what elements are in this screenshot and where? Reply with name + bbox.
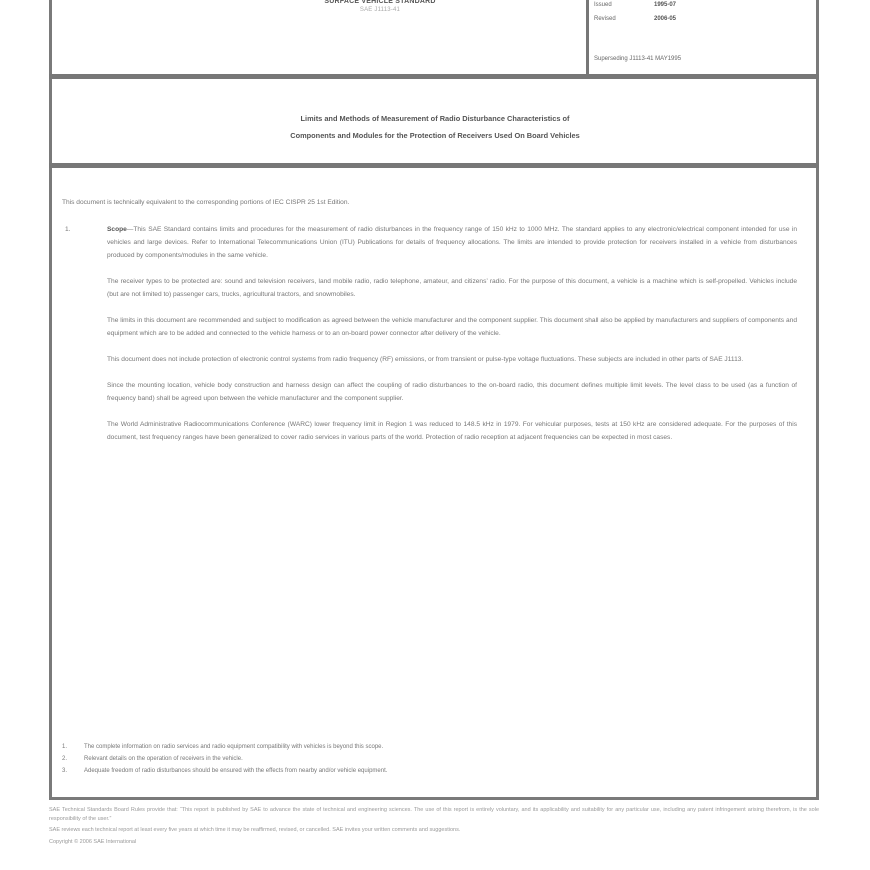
meta-key: Issued: [594, 2, 654, 8]
meta-revised: Revised 2006-05: [594, 12, 814, 26]
section-number: 1.: [62, 223, 107, 457]
meta-value: 2006-05: [654, 16, 714, 22]
footnote-number: 3.: [62, 765, 84, 777]
meta-key: Revised: [594, 16, 654, 22]
document-type: SURFACE VEHICLE STANDARD: [230, 0, 530, 5]
paragraph: The World Administrative Radiocommunicat…: [107, 418, 797, 444]
supersedes-note: Superseding J1113-41 MAY1995: [594, 56, 814, 62]
footnote: 1.The complete information on radio serv…: [62, 741, 762, 753]
paragraph-text: This document does not include protectio…: [107, 356, 743, 363]
footer-paragraph: SAE reviews each technical report at lea…: [49, 826, 819, 835]
document-metadata: Issued 1995-07 Revised 2006-05 Supersedi…: [594, 0, 814, 62]
paragraph: The receiver types to be protected are: …: [107, 275, 797, 301]
header-divider: [49, 74, 819, 79]
footnote-text: Relevant details on the operation of rec…: [84, 753, 243, 765]
legal-footer: SAE Technical Standards Board Rules prov…: [49, 806, 819, 849]
footnote-text: Adequate freedom of radio disturbances s…: [84, 765, 387, 777]
header-vertical-divider: [586, 0, 589, 76]
paragraph: This document does not include protectio…: [107, 353, 797, 366]
title-line-1: Limits and Methods of Measurement of Rad…: [100, 110, 770, 127]
title-divider: [49, 163, 819, 168]
paragraph: The limits in this document are recommen…: [107, 314, 797, 340]
intro-statement: This document is technically equivalent …: [62, 196, 797, 209]
meta-issued: Issued 1995-07: [594, 0, 814, 12]
footnotes: 1.The complete information on radio serv…: [62, 741, 762, 777]
document-body: This document is technically equivalent …: [62, 196, 797, 457]
paragraph: Since the mounting location, vehicle bod…: [107, 379, 797, 405]
footnote: 3.Adequate freedom of radio disturbances…: [62, 765, 762, 777]
meta-faint-line: [594, 26, 814, 38]
footer-paragraph: SAE Technical Standards Board Rules prov…: [49, 806, 819, 823]
paragraph-text: Since the mounting location, vehicle bod…: [107, 382, 797, 402]
paragraph-scope: Scope—This SAE Standard contains limits …: [107, 223, 797, 262]
footnote-number: 1.: [62, 741, 84, 753]
meta-value: 1995-07: [654, 2, 714, 8]
paragraph-text: The World Administrative Radiocommunicat…: [107, 421, 797, 441]
title-line-2: Components and Modules for the Protectio…: [100, 127, 770, 144]
footnote-text: The complete information on radio servic…: [84, 741, 383, 753]
footnote-number: 2.: [62, 753, 84, 765]
meta-faint-line: [594, 38, 814, 50]
paragraph-text: —This SAE Standard contains limits and p…: [107, 226, 797, 259]
document-type-heading: SURFACE VEHICLE STANDARD SAE J1113-41: [230, 0, 530, 13]
footer-paragraph: Copyright © 2006 SAE International: [49, 838, 819, 847]
paragraph-text: The limits in this document are recommen…: [107, 317, 797, 337]
section-paragraphs: Scope—This SAE Standard contains limits …: [107, 223, 797, 457]
paragraph-lead: Scope: [107, 226, 127, 233]
scope-section: 1. Scope—This SAE Standard contains limi…: [62, 223, 797, 457]
document-number: SAE J1113-41: [230, 7, 530, 13]
paragraph-text: The receiver types to be protected are: …: [107, 278, 797, 298]
footnote: 2.Relevant details on the operation of r…: [62, 753, 762, 765]
document-title: Limits and Methods of Measurement of Rad…: [100, 110, 770, 144]
